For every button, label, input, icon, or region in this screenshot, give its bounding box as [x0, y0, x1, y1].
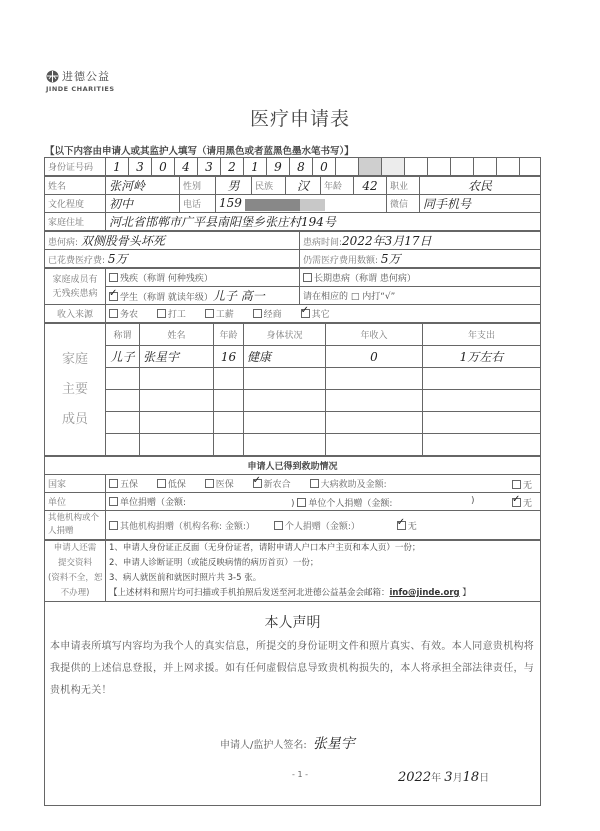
- chronic-illness-option[interactable]: 长期患病（称谓 患何病）: [300, 269, 541, 287]
- label-line: 无残疾患病: [52, 289, 97, 299]
- application-form: 身份证号码 1 3 0 4 3 2 1 9 8 0 姓名 张河: [44, 157, 541, 806]
- check-hint: 请在相应的 □ 内打“√”: [300, 287, 541, 305]
- income-label: 收入来源: [45, 305, 106, 323]
- form-title: 医疗申请表: [0, 104, 600, 131]
- illness-cell[interactable]: 患何病: 双侧股骨头坏死: [45, 232, 300, 250]
- fill-instruction: 【以下内容由申请人或其监护人填写（请用黑色或者蓝黑色墨水笔书写）】: [45, 143, 354, 157]
- id-digit[interactable]: 8: [290, 158, 313, 176]
- label-line: 家庭: [62, 352, 88, 367]
- needed-cell[interactable]: 仍需医疗费用数额: 5万: [300, 250, 541, 268]
- id-digit[interactable]: 4: [175, 158, 198, 176]
- materials-table: 申请人还需 提交资料 (资料不全，恕 不办理) 1、申请人身份证正反面（无身份证…: [44, 540, 541, 602]
- checkbox-icon[interactable]: [157, 479, 166, 488]
- label-line: 不办理): [61, 588, 90, 598]
- materials-label: 申请人还需 提交资料 (资料不全，恕 不办理): [45, 541, 106, 602]
- unit-aid-row: 单位 单位捐赠（金额: ) 单位个人捐赠（金额: ) 无: [45, 493, 541, 511]
- option-label: 单位个人捐赠（金额:: [308, 499, 392, 509]
- option-label: 无: [408, 522, 417, 532]
- member-age[interactable]: 16: [214, 346, 244, 368]
- aid-option-major-illness[interactable]: 大病救助及金额:: [310, 480, 387, 490]
- member-name[interactable]: [140, 368, 214, 390]
- occupation-label: 职业: [387, 177, 420, 195]
- id-digit-empty[interactable]: [336, 158, 359, 176]
- option-label: 打工: [168, 310, 186, 320]
- column-header: 称谓: [106, 324, 140, 346]
- aid-section-title: 申请人已得到救助情况: [45, 457, 541, 475]
- member-income[interactable]: [326, 390, 423, 412]
- id-digit[interactable]: 1: [106, 158, 129, 176]
- gender-field[interactable]: 男: [216, 177, 252, 195]
- materials-footer: 【上述材料和照片均可扫描或手机拍照后发送至河北进德公益基金会邮箱：info@ji…: [109, 586, 537, 601]
- label-line: 提交资料: [58, 558, 92, 568]
- id-digit-empty[interactable]: [451, 158, 474, 176]
- id-digit[interactable]: 3: [129, 158, 152, 176]
- member-age[interactable]: [214, 412, 244, 434]
- student-option[interactable]: 学生（称谓 就读年级）儿子 高一: [106, 287, 300, 305]
- education-row: 文化程度 初中 电话 159 微信 同手机号: [45, 195, 541, 213]
- aid-option-xinnonghe[interactable]: 新农合: [253, 480, 291, 490]
- checkbox-icon[interactable]: [109, 309, 118, 318]
- option-label: 个人捐赠（金额:）: [285, 522, 360, 532]
- id-digit-redacted: [382, 158, 405, 176]
- education-field[interactable]: 初中: [106, 195, 180, 213]
- option-label: 新农合: [264, 480, 291, 490]
- option-label: 大病救助及金额:: [321, 480, 387, 490]
- member-health[interactable]: [244, 368, 326, 390]
- member-health[interactable]: 健康: [244, 346, 326, 368]
- id-digit-empty[interactable]: [428, 158, 451, 176]
- needed-label: 仍需医疗费用数额:: [303, 256, 378, 266]
- spent-cell[interactable]: 已花费医疗费: 5万: [45, 250, 300, 268]
- id-digit-empty[interactable]: [497, 158, 520, 176]
- income-option-other[interactable]: 其它: [301, 310, 330, 320]
- id-digit[interactable]: 1: [244, 158, 267, 176]
- illness-label: 患何病:: [48, 238, 78, 248]
- age-label: 年龄: [321, 177, 354, 195]
- checkbox-icon[interactable]: [157, 309, 166, 318]
- member-income[interactable]: [326, 368, 423, 390]
- logo-chinese-name: 进德公益: [62, 68, 110, 84]
- checkbox-icon[interactable]: [205, 309, 214, 318]
- spent-field: 5万: [108, 252, 128, 266]
- other-aid-row: 其他机构或个人捐赠 其他机构捐赠（机构名称: 金额:） 个人捐赠（金额:） 无: [45, 511, 541, 540]
- member-expense[interactable]: [423, 368, 541, 390]
- checkbox-icon[interactable]: [253, 309, 262, 318]
- logo-english-name: JINDE CHARITIES: [46, 85, 115, 93]
- id-number-row: 身份证号码 1 3 0 4 3 2 1 9 8 0: [45, 158, 541, 176]
- other-aid-label: 其他机构或个人捐赠: [45, 511, 106, 540]
- checkbox-icon[interactable]: [512, 480, 521, 489]
- unit-personal-option[interactable]: ) 单位个人捐赠（金额:: [291, 496, 392, 509]
- aid-received-table: 申请人已得到救助情况 国家 五保 低保 医保 新农合 大病救助及金额: 无 单位…: [44, 456, 541, 540]
- member-relation[interactable]: [106, 412, 140, 434]
- disability-row: 家庭成员有无残疾患病 残疾（称谓 何种残疾） 长期患病（称谓 患何病）: [45, 269, 541, 287]
- disability-option[interactable]: 残疾（称谓 何种残疾）: [106, 269, 300, 287]
- personal-info-table: 姓名 张河岭 性别 男 民族 汉 年龄 42 职业 农民 文化程度 初中 电话 …: [44, 176, 541, 231]
- family-members-label: 家庭 主要 成员: [45, 324, 106, 456]
- cost-row: 已花费医疗费: 5万 仍需医疗费用数额: 5万: [45, 250, 541, 268]
- material-item: 1、申请人身份证正反面（无身份证者，请附申请人户口本户主页和本人页）一份；: [109, 541, 537, 556]
- footer-text: 】: [462, 588, 471, 598]
- page-number: - 1 -: [0, 770, 600, 779]
- gender-label: 性别: [180, 177, 216, 195]
- checkbox-checked-icon[interactable]: [109, 292, 118, 301]
- label-line: 成员: [62, 412, 88, 427]
- option-label: 五保: [120, 480, 138, 490]
- education-label: 文化程度: [45, 195, 106, 213]
- national-aid-label: 国家: [45, 475, 106, 493]
- checkbox-icon[interactable]: [109, 273, 118, 282]
- signature-line: 申请人/监护人签名:张星宇: [220, 733, 355, 753]
- aid-option-dibao[interactable]: 低保: [157, 480, 186, 490]
- member-expense[interactable]: [423, 390, 541, 412]
- spent-label: 已花费医疗费:: [48, 256, 105, 266]
- member-health[interactable]: [244, 390, 326, 412]
- income-option-salary[interactable]: 工薪: [205, 310, 234, 320]
- id-digit[interactable]: 2: [221, 158, 244, 176]
- other-aid-none-option[interactable]: 无: [397, 522, 417, 532]
- unit-aid-label: 单位: [45, 493, 106, 511]
- income-row: 收入来源 务农 打工 工薪 经商 其它: [45, 305, 541, 323]
- id-digit-empty[interactable]: [520, 158, 541, 176]
- family-members-table: 家庭 主要 成员 称谓 姓名 年龄 身体状况 年收入 年支出 儿子 张星宇 16…: [44, 323, 541, 456]
- id-digit-redacted: [359, 158, 382, 176]
- onset-field: 2022年3月17日: [342, 234, 431, 248]
- member-expense[interactable]: 1万左右: [423, 346, 541, 368]
- family-health-table: 家庭成员有无残疾患病 残疾（称谓 何种残疾） 长期患病（称谓 患何病） 学生（称…: [44, 268, 541, 323]
- checkbox-icon[interactable]: [297, 498, 306, 507]
- option-label: 无: [523, 499, 532, 509]
- table-row: [45, 368, 541, 390]
- address-field[interactable]: 河北省邯郸市广平县南阳堡乡张庄村194号: [106, 213, 541, 231]
- wechat-label: 微信: [387, 195, 420, 213]
- unit-aid-options: 单位捐赠（金额: ) 单位个人捐赠（金额: ) 无: [106, 493, 541, 511]
- other-aid-options: 其他机构捐赠（机构名称: 金额:） 个人捐赠（金额:） 无: [106, 511, 541, 540]
- illness-row: 患何病: 双侧股骨头坏死 患病时间:2022年3月17日: [45, 232, 541, 250]
- occupation-field[interactable]: 农民: [420, 177, 541, 195]
- table-row: [45, 434, 541, 456]
- aid-option-yibao[interactable]: 医保: [205, 480, 234, 490]
- address-row: 家庭住址 河北省邯郸市广平县南阳堡乡张庄村194号: [45, 213, 541, 231]
- jinde-logo: 进德公益 JINDE CHARITIES: [46, 68, 115, 93]
- email-link[interactable]: info@jinde.org: [390, 588, 460, 598]
- member-name[interactable]: [140, 412, 214, 434]
- member-name[interactable]: 张星宇: [140, 346, 214, 368]
- checkbox-checked-icon[interactable]: [512, 498, 521, 507]
- checkbox-icon[interactable]: [205, 479, 214, 488]
- member-income[interactable]: 0: [326, 346, 423, 368]
- member-health[interactable]: [244, 434, 326, 456]
- jinde-emblem-icon: [46, 70, 59, 83]
- material-item: 3、病人就医前和就医时照片共 3-5 张。: [109, 571, 537, 586]
- label-line: 家庭成员有: [52, 275, 97, 285]
- personal-donation-option[interactable]: 个人捐赠（金额:）: [274, 522, 360, 532]
- income-option-farming[interactable]: 务农: [109, 310, 138, 320]
- name-row: 姓名 张河岭 性别 男 民族 汉 年龄 42 职业 农民: [45, 177, 541, 195]
- applicant-info-table: 身份证号码 1 3 0 4 3 2 1 9 8 0: [44, 157, 541, 176]
- member-age[interactable]: [214, 434, 244, 456]
- id-digit[interactable]: 9: [267, 158, 290, 176]
- member-health[interactable]: [244, 412, 326, 434]
- materials-row: 申请人还需 提交资料 (资料不全，恕 不办理) 1、申请人身份证正反面（无身份证…: [45, 541, 541, 602]
- member-income[interactable]: [326, 434, 423, 456]
- label-line: (资料不全，恕: [48, 573, 102, 583]
- income-option-business[interactable]: 经商: [253, 310, 282, 320]
- phone-visible-digits: 159: [216, 196, 242, 210]
- id-digit[interactable]: 0: [152, 158, 175, 176]
- member-relation[interactable]: [106, 434, 140, 456]
- income-options: 务农 打工 工薪 经商 其它: [106, 305, 541, 323]
- name-label: 姓名: [45, 177, 106, 195]
- national-aid-options: 五保 低保 医保 新农合 大病救助及金额: 无: [106, 475, 541, 493]
- footer-text: 【上述材料和照片均可扫描或手机拍照后发送至河北进德公益基金会邮箱：: [109, 588, 390, 598]
- option-label: 其它: [312, 310, 330, 320]
- option-label: 医保: [216, 480, 234, 490]
- checkbox-checked-icon[interactable]: [253, 479, 262, 488]
- address-label: 家庭住址: [45, 213, 106, 231]
- id-digit[interactable]: 0: [313, 158, 336, 176]
- phone-field[interactable]: 159: [216, 195, 387, 213]
- aid-option-wubao[interactable]: 五保: [109, 480, 138, 490]
- phone-redacted: [300, 199, 325, 211]
- member-relation[interactable]: 儿子: [106, 346, 140, 368]
- option-label: 经商: [264, 310, 282, 320]
- student-value: 儿子 高一: [213, 289, 265, 303]
- phone-label: 电话: [180, 195, 216, 213]
- aid-title-row: 申请人已得到救助情况: [45, 457, 541, 475]
- member-age[interactable]: [214, 368, 244, 390]
- checkbox-checked-icon[interactable]: [397, 521, 406, 530]
- checkbox-icon[interactable]: [303, 273, 312, 282]
- member-relation[interactable]: [106, 390, 140, 412]
- member-income[interactable]: [326, 412, 423, 434]
- option-label: 工薪: [216, 310, 234, 320]
- checkbox-icon[interactable]: [109, 521, 118, 530]
- ethnicity-field[interactable]: 汉: [286, 177, 321, 195]
- checkbox-icon[interactable]: [109, 479, 118, 488]
- materials-list: 1、申请人身份证正反面（无身份证者，请附申请人户口本户主页和本人页）一份； 2、…: [106, 541, 541, 602]
- column-header: 年收入: [326, 324, 423, 346]
- member-relation[interactable]: [106, 368, 140, 390]
- ethnicity-label: 民族: [252, 177, 286, 195]
- onset-cell[interactable]: 患病时间:2022年3月17日: [300, 232, 541, 250]
- wechat-field[interactable]: 同手机号: [420, 195, 541, 213]
- id-digit-empty[interactable]: [474, 158, 497, 176]
- signature-field[interactable]: 张星宇: [313, 736, 355, 752]
- other-org-donation-option[interactable]: 其他机构捐赠（机构名称: 金额:）: [109, 522, 255, 532]
- label-line: 主要: [62, 382, 88, 397]
- column-header: 年支出: [423, 324, 541, 346]
- member-age[interactable]: [214, 390, 244, 412]
- option-label: 无: [523, 481, 532, 491]
- id-digit[interactable]: 3: [198, 158, 221, 176]
- checkbox-icon[interactable]: [310, 479, 319, 488]
- checkbox-icon[interactable]: [274, 521, 283, 530]
- material-item: 2、申请人诊断证明（或能反映病情的病历首页）一份；: [109, 556, 537, 571]
- declaration-title: 本人声明: [45, 602, 540, 632]
- option-label: 低保: [168, 480, 186, 490]
- id-digit-empty[interactable]: [405, 158, 428, 176]
- member-name[interactable]: [140, 390, 214, 412]
- checkbox-checked-icon[interactable]: [301, 309, 310, 318]
- family-header-row: 家庭 主要 成员 称谓 姓名 年龄 身体状况 年收入 年支出: [45, 324, 541, 346]
- illness-table: 患何病: 双侧股骨头坏死 患病时间:2022年3月17日 已花费医疗费: 5万 …: [44, 231, 541, 268]
- onset-label: 患病时间:: [303, 238, 342, 248]
- label-line: 申请人还需: [54, 543, 97, 553]
- unit-donation-option[interactable]: 单位捐赠（金额:: [109, 498, 186, 508]
- column-header: 姓名: [140, 324, 214, 346]
- unit-aid-none-option[interactable]: 无: [512, 496, 532, 509]
- student-text: 学生（称谓 就读年级）: [120, 293, 213, 303]
- column-header: 身体状况: [244, 324, 326, 346]
- needed-field: 5万: [381, 252, 401, 266]
- id-number-label: 身份证号码: [45, 158, 106, 176]
- option-label: 务农: [120, 310, 138, 320]
- national-aid-none-option[interactable]: 无: [512, 478, 532, 491]
- option-label: 其他机构捐赠（机构名称: 金额:）: [120, 522, 255, 532]
- declaration-body: 本申请表所填写内容均为我个人的真实信息，所提交的身份证明文件和照片真实、有效。本…: [45, 632, 540, 702]
- national-aid-row: 国家 五保 低保 医保 新农合 大病救助及金额: 无: [45, 475, 541, 493]
- member-expense[interactable]: [423, 412, 541, 434]
- member-name[interactable]: [140, 434, 214, 456]
- signature-label: 申请人/监护人签名:: [220, 740, 307, 751]
- phone-redacted: [245, 199, 300, 211]
- name-field[interactable]: 张河岭: [106, 177, 180, 195]
- column-header: 年龄: [214, 324, 244, 346]
- member-expense[interactable]: [423, 434, 541, 456]
- student-row: 学生（称谓 就读年级）儿子 高一 请在相应的 □ 内打“√”: [45, 287, 541, 305]
- checkbox-icon[interactable]: [109, 497, 118, 506]
- disability-text: 残疾（称谓 何种残疾）: [120, 274, 213, 284]
- table-row: [45, 412, 541, 434]
- income-option-labor[interactable]: 打工: [157, 310, 186, 320]
- chronic-illness-text: 长期患病（称谓 患何病）: [314, 274, 416, 284]
- age-field[interactable]: 42: [354, 177, 387, 195]
- illness-field: 双侧股骨头坏死: [81, 234, 165, 248]
- table-row: [45, 390, 541, 412]
- family-health-label: 家庭成员有无残疾患病: [45, 269, 106, 305]
- table-row: 儿子 张星宇 16 健康 0 1万左右: [45, 346, 541, 368]
- option-label: 单位捐赠（金额:: [120, 498, 186, 508]
